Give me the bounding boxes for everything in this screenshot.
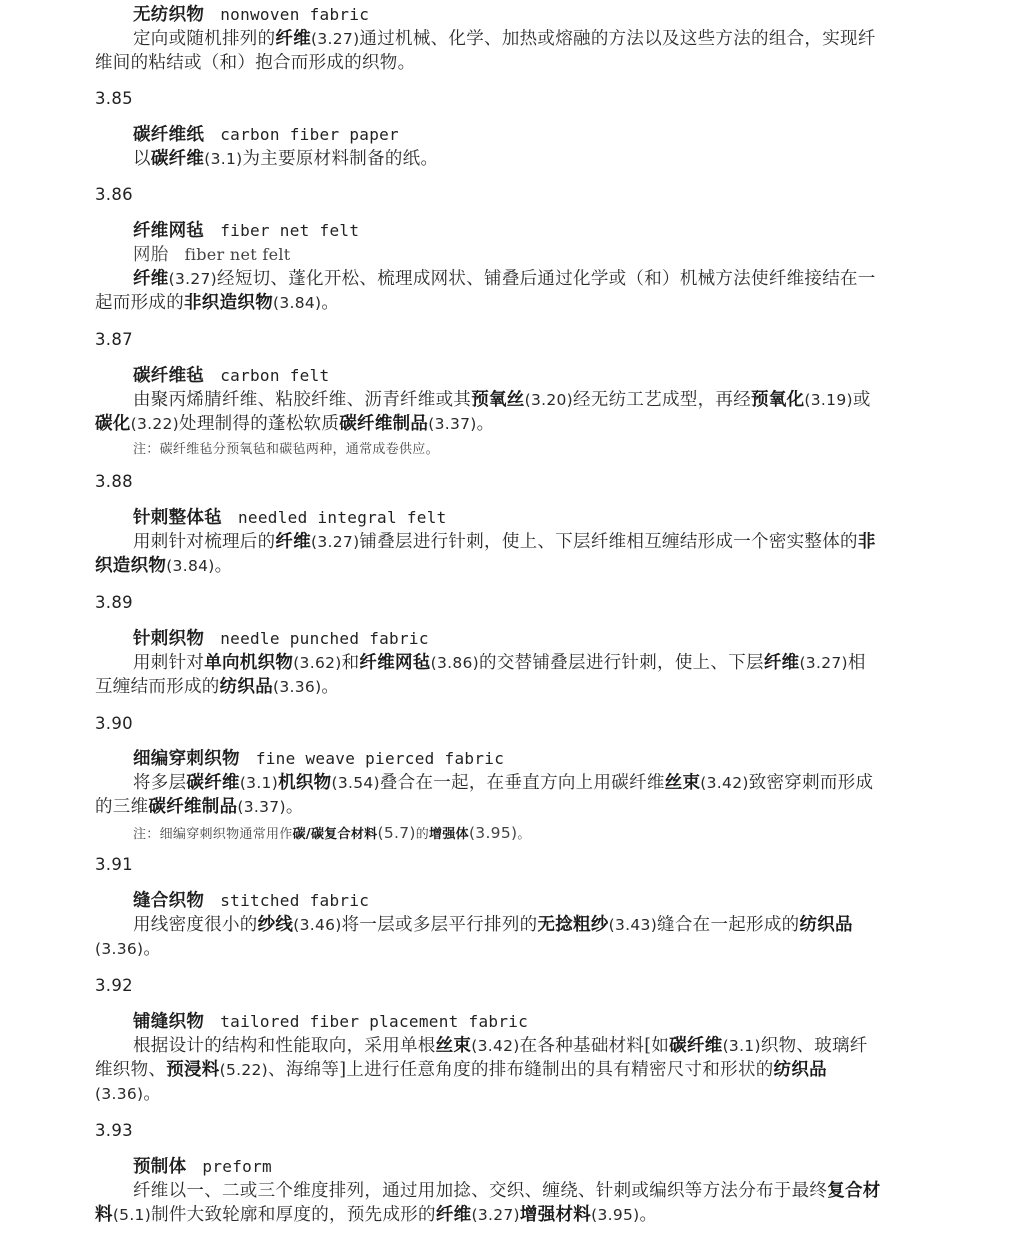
alternate-term: 网胎fiber net felt	[133, 243, 291, 267]
text-run: 经短切、蓬化开松、梳理成网状、铺叠后通过化学或（和）机械方法使纤维接结在一	[217, 269, 876, 289]
clause-reference: (3.43)	[609, 916, 657, 934]
text-run: 。	[517, 827, 530, 842]
text-run: 。	[286, 797, 304, 817]
clause-reference: (3.36)	[95, 1085, 143, 1103]
text-run: 以	[133, 149, 151, 169]
text-run: 的三维	[95, 797, 148, 817]
bold-term-reference: 预氧丝	[471, 390, 524, 410]
bold-term-reference: 碳纤维制品	[148, 797, 237, 817]
text-run: 缝合在一起形成的	[657, 915, 799, 935]
text-run: 用线密度很小的	[133, 915, 258, 935]
clause-number: 3.87	[95, 328, 133, 352]
term-english: nonwoven fabric	[220, 5, 369, 24]
bold-term-reference: 纤维网毡	[359, 653, 430, 673]
text-run: 在各种基础材料[如	[520, 1036, 670, 1056]
bold-term-reference: 碳纤维制品	[339, 414, 428, 434]
clause-reference: (3.95)	[469, 824, 517, 842]
definition-line: 织造织物(3.84)。	[95, 554, 232, 578]
text-run: 维间的粘结或（和）抱合而形成的织物。	[95, 53, 415, 73]
term-chinese: 针刺整体毡	[133, 508, 222, 528]
bold-term-reference: 预氧化	[751, 390, 804, 410]
clause-reference: (3.84)	[166, 557, 214, 575]
clause-reference: (3.27)	[799, 654, 847, 672]
bold-term-reference: 单向机织物	[204, 653, 293, 673]
clause-reference: (3.1)	[723, 1037, 761, 1055]
term-english: fiber net felt	[220, 221, 359, 240]
text-run: 处理制得的蓬松软质	[179, 414, 339, 434]
term-chinese: 无纺织物	[133, 5, 204, 25]
definition-line: 纤维(3.27)经短切、蓬化开松、梳理成网状、铺叠后通过化学或（和）机械方法使纤…	[133, 267, 876, 291]
text-run: 的	[416, 827, 429, 842]
clause-reference: (5.22)	[220, 1061, 268, 1079]
text-run: 叠合在一起，在垂直方向上用碳纤维	[380, 773, 665, 793]
term-chinese: 针刺织物	[133, 629, 204, 649]
text-run: 铺叠层进行针刺，使上、下层纤维相互缠结形成一个密实整体的	[359, 532, 857, 552]
bold-term-reference: 料	[95, 1205, 113, 1225]
text-run: 。	[321, 293, 339, 313]
definition-line: 将多层碳纤维(3.1)机织物(3.54)叠合在一起，在垂直方向上用碳纤维丝束(3…	[133, 771, 873, 795]
clause-number: 3.85	[95, 87, 133, 111]
definition-line: 由聚丙烯腈纤维、粘胶纤维、沥青纤维或其预氧丝(3.20)经无纺工艺成型，再经预氧…	[133, 388, 871, 412]
bold-term-reference: 丝束	[436, 1036, 472, 1056]
text-run: 互缠结而形成的	[95, 677, 220, 697]
text-run: 将多层	[133, 773, 186, 793]
clause-reference: (3.20)	[525, 391, 573, 409]
term-heading: 针刺织物needle punched fabric	[133, 627, 429, 651]
standard-document-page: 无纺织物nonwoven fabric定向或随机排列的纤维(3.27)通过机械、…	[0, 0, 1011, 1234]
bold-term-reference: 纺织品	[220, 677, 273, 697]
bold-term-reference: 增强材料	[520, 1205, 591, 1225]
clause-reference: (3.84)	[273, 294, 321, 312]
text-run: 起而形成的	[95, 293, 184, 313]
clause-reference: (3.42)	[471, 1037, 519, 1055]
note-line: 注：碳纤维毡分预氧毡和碳毡两种，通常成卷供应。	[133, 438, 439, 462]
clause-reference: (3.37)	[428, 415, 476, 433]
definition-line: 的三维碳纤维制品(3.37)。	[95, 795, 304, 819]
clause-number: 3.91	[95, 853, 133, 877]
bold-term-reference: 预浸料	[166, 1060, 219, 1080]
term-english: carbon felt	[220, 366, 329, 385]
bold-term-reference: 纤维	[436, 1205, 472, 1225]
text-run: 。	[143, 939, 161, 959]
text-run: 制件大致轮廓和厚度的，预先成形的	[151, 1205, 436, 1225]
term-heading: 铺缝织物tailored fiber placement fabric	[133, 1010, 528, 1034]
definition-line: 互缠结而形成的纺织品(3.36)。	[95, 675, 339, 699]
definition-line: 用刺针对梳理后的纤维(3.27)铺叠层进行针刺，使上、下层纤维相互缠结形成一个密…	[133, 530, 876, 554]
bold-term-reference: 纱线	[258, 915, 294, 935]
text-run: 或	[853, 390, 871, 410]
clause-reference: (5.7)	[377, 824, 415, 842]
bold-term-reference: 纤维	[133, 269, 169, 289]
term-english: needled integral felt	[238, 508, 447, 527]
bold-term-reference: 碳纤维	[669, 1036, 722, 1056]
term-english: fine weave pierced fabric	[256, 749, 504, 768]
definition-line: (3.36)。	[95, 1082, 161, 1106]
term-english: stitched fabric	[220, 891, 369, 910]
text-run: 定向或随机排列的	[133, 29, 275, 49]
text-run: 。	[477, 414, 495, 434]
term-heading: 无纺织物nonwoven fabric	[133, 3, 369, 27]
text-run: 和	[342, 653, 360, 673]
clause-number: 3.93	[95, 1119, 133, 1143]
bold-term-reference: 纤维	[275, 29, 311, 49]
clause-reference: (3.1)	[204, 150, 242, 168]
text-run: 维织物、	[95, 1060, 166, 1080]
text-run: 。	[143, 1084, 161, 1104]
term-english: tailored fiber placement fabric	[220, 1012, 528, 1031]
text-run: 。	[321, 677, 339, 697]
bold-term-reference: 纤维	[275, 532, 311, 552]
term-chinese: 细编穿刺织物	[133, 749, 240, 769]
clause-reference: (3.36)	[273, 678, 321, 696]
alt-term-english: fiber net felt	[185, 245, 291, 264]
term-chinese: 缝合织物	[133, 891, 204, 911]
bold-term-reference: 织造织物	[95, 556, 166, 576]
definition-line: 定向或随机排列的纤维(3.27)通过机械、化学、加热或熔融的方法以及这些方法的组…	[133, 27, 876, 51]
text-run: 纤维以一、二或三个维度排列，通过用加捻、交织、缠绕、针刺或编织等方法分布于最终	[133, 1181, 827, 1201]
term-chinese: 预制体	[133, 1157, 186, 1177]
clause-reference: (3.46)	[293, 916, 341, 934]
text-run: 通过机械、化学、加热或熔融的方法以及这些方法的组合，实现纤	[359, 29, 875, 49]
definition-line: 维间的粘结或（和）抱合而形成的织物。	[95, 51, 415, 75]
bold-term-reference: 碳纤维	[186, 773, 239, 793]
clause-number: 3.90	[95, 712, 133, 736]
definition-line: 用线密度很小的纱线(3.46)将一层或多层平行排列的无捻粗纱(3.43)缝合在一…	[133, 913, 853, 937]
text-run: 经无纺工艺成型，再经	[573, 390, 751, 410]
text-run: 、海绵等]上进行任意角度的排布缝制出的具有精密尺寸和形状的	[268, 1060, 774, 1080]
clause-reference: (3.95)	[591, 1206, 639, 1224]
bold-term-reference: 纤维	[764, 653, 800, 673]
clause-reference: (3.27)	[169, 270, 217, 288]
text-run: 由聚丙烯腈纤维、粘胶纤维、沥青纤维或其	[133, 390, 471, 410]
term-heading: 碳纤维毡carbon felt	[133, 364, 329, 388]
text-run: 为主要原材料制备的纸。	[242, 149, 438, 169]
clause-number: 3.89	[95, 591, 133, 615]
term-heading: 细编穿刺织物fine weave pierced fabric	[133, 747, 504, 771]
definition-line: (3.36)。	[95, 937, 161, 961]
term-heading: 碳纤维纸carbon fiber paper	[133, 123, 399, 147]
bold-term-reference: 纺织品	[799, 915, 852, 935]
text-run: 。	[215, 556, 233, 576]
text-run: 用刺针对梳理后的	[133, 532, 275, 552]
text-run: 用刺针对	[133, 653, 204, 673]
clause-number: 3.88	[95, 470, 133, 494]
term-english: preform	[202, 1157, 272, 1176]
term-english: needle punched fabric	[220, 629, 429, 648]
bold-term-reference: 增强体	[429, 827, 469, 842]
clause-reference: (3.37)	[237, 798, 285, 816]
term-chinese: 碳纤维毡	[133, 366, 204, 386]
bold-term-reference: 非	[858, 532, 876, 552]
definition-line: 料(5.1)制件大致轮廓和厚度的，预先成形的纤维(3.27)增强材料(3.95)…	[95, 1203, 657, 1227]
text-run: 致密穿刺而形成	[749, 773, 874, 793]
clause-reference: (3.54)	[331, 774, 379, 792]
text-run: 根据设计的结构和性能取向，采用单根	[133, 1036, 436, 1056]
clause-reference: (3.27)	[311, 30, 359, 48]
definition-line: 用刺针对单向机织物(3.62)和纤维网毡(3.86)的交替铺叠层进行针刺，使上、…	[133, 651, 866, 675]
text-run: 织物、玻璃纤	[761, 1036, 868, 1056]
clause-reference: (3.27)	[311, 533, 359, 551]
definition-line: 以碳纤维(3.1)为主要原材料制备的纸。	[133, 147, 438, 171]
clause-number: 3.92	[95, 974, 133, 998]
note-line: 注：细编穿刺织物通常用作碳/碳复合材料(5.7)的增强体(3.95)。	[133, 821, 531, 847]
text-run: 相	[848, 653, 866, 673]
bold-term-reference: 纺织品	[774, 1060, 827, 1080]
clause-reference: (5.1)	[113, 1206, 151, 1224]
clause-number: 3.86	[95, 183, 133, 207]
term-chinese: 碳纤维纸	[133, 125, 204, 145]
clause-reference: (3.42)	[700, 774, 748, 792]
definition-line: 起而形成的非织造织物(3.84)。	[95, 291, 339, 315]
text-run: 将一层或多层平行排列的	[342, 915, 538, 935]
bold-term-reference: 碳/碳复合材料	[293, 827, 378, 842]
definition-line: 根据设计的结构和性能取向，采用单根丝束(3.42)在各种基础材料[如碳纤维(3.…	[133, 1034, 868, 1058]
definition-line: 维织物、预浸料(5.22)、海绵等]上进行任意角度的排布缝制出的具有精密尺寸和形…	[95, 1058, 827, 1082]
definition-line: 碳化(3.22)处理制得的蓬松软质碳纤维制品(3.37)。	[95, 412, 494, 436]
text-run: 注：碳纤维毡分预氧毡和碳毡两种，通常成卷供应。	[133, 442, 439, 457]
clause-reference: (3.22)	[131, 415, 179, 433]
bold-term-reference: 机织物	[278, 773, 331, 793]
term-heading: 纤维网毡fiber net felt	[133, 219, 359, 243]
text-run: 注：细编穿刺织物通常用作	[133, 827, 293, 842]
clause-reference: (3.86)	[431, 654, 479, 672]
clause-reference: (3.36)	[95, 940, 143, 958]
clause-reference: (3.62)	[293, 654, 341, 672]
clause-reference: (3.1)	[240, 774, 278, 792]
clause-reference: (3.19)	[804, 391, 852, 409]
bold-term-reference: 非织造织物	[184, 293, 273, 313]
text-run: 。	[640, 1205, 658, 1225]
term-heading: 缝合织物stitched fabric	[133, 889, 369, 913]
bold-term-reference: 碳纤维	[151, 149, 204, 169]
text-run: 的交替铺叠层进行针刺，使上、下层	[479, 653, 764, 673]
term-chinese: 纤维网毡	[133, 221, 204, 241]
bold-term-reference: 碳化	[95, 414, 131, 434]
clause-reference: (3.27)	[471, 1206, 519, 1224]
term-chinese: 铺缝织物	[133, 1012, 204, 1032]
definition-line: 纤维以一、二或三个维度排列，通过用加捻、交织、缠绕、针刺或编织等方法分布于最终复…	[133, 1179, 881, 1203]
term-english: carbon fiber paper	[220, 125, 399, 144]
alt-term-chinese: 网胎	[133, 245, 169, 265]
bold-term-reference: 丝束	[665, 773, 701, 793]
bold-term-reference: 无捻粗纱	[537, 915, 608, 935]
bold-term-reference: 复合材	[827, 1181, 880, 1201]
term-heading: 针刺整体毡needled integral felt	[133, 506, 447, 530]
term-heading: 预制体preform	[133, 1155, 272, 1179]
